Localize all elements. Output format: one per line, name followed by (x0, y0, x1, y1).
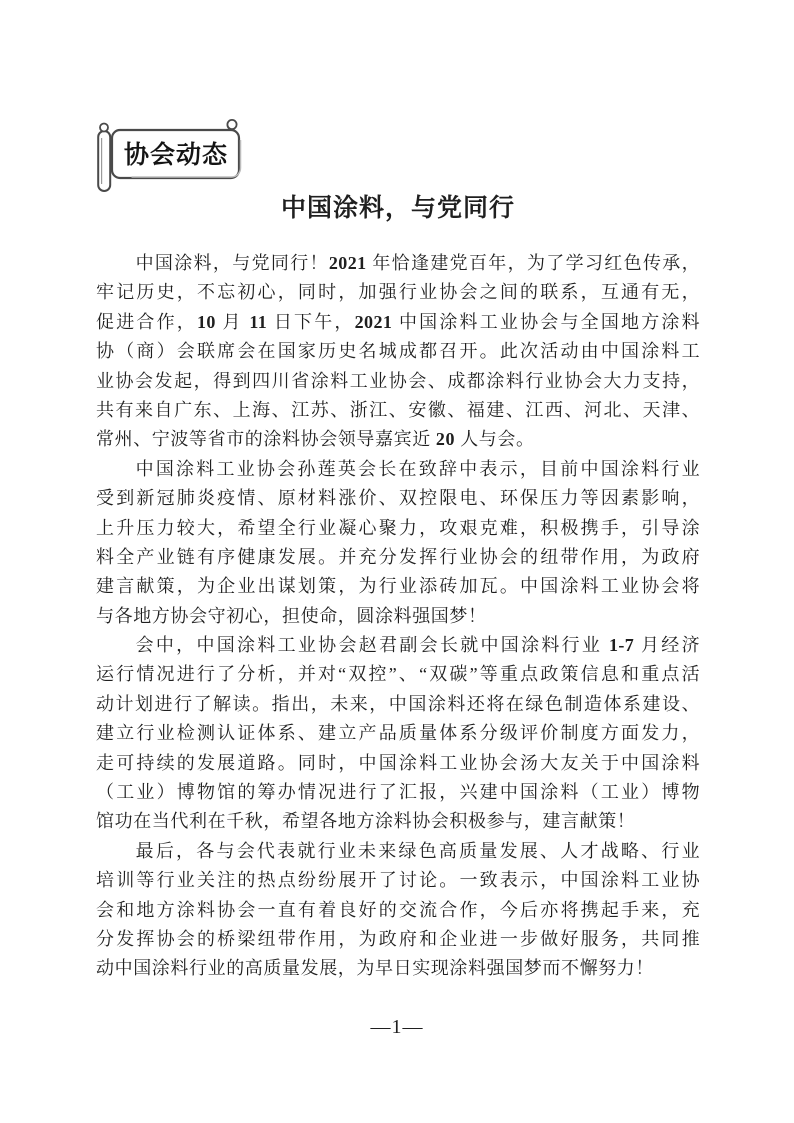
document-page: 协会动态 中国涂料，与党同行 中国涂料，与党同行！2021 年恰逢建党百年，为了… (0, 0, 794, 1123)
paragraph: 中国涂料，与党同行！2021 年恰逢建党百年，为了学习红色传承，牢记历史，不忘初… (96, 249, 700, 455)
text-line: 分发挥协会的桥梁纽带作用，为政府和企业进一步做好服务，共同推 (96, 925, 700, 954)
text-line: 馆功在当代利在千秋，希望各地方涂料协会积极参与，建言献策！ (96, 807, 700, 836)
section-banner: 协会动态 (97, 116, 247, 196)
text-line: 建立行业检测认证体系、建立产品质量体系分级评价制度方面发力， (96, 719, 700, 748)
text-line: 促进合作，10 月 11 日下午，2021 中国涂料工业协会与全国地方涂料 (96, 308, 700, 337)
paragraph: 最后，各与会代表就行业未来绿色高质量发展、人才战略、行业培训等行业关注的热点纷纷… (96, 837, 700, 984)
text-line: 中国涂料工业协会孙莲英会长在致辞中表示，目前中国涂料行业 (96, 455, 700, 484)
text-line: 受到新冠肺炎疫情、原材料涨价、双控限电、环保压力等因素影响， (96, 484, 700, 513)
article-body: 中国涂料，与党同行！2021 年恰逢建党百年，为了学习红色传承，牢记历史，不忘初… (96, 249, 700, 984)
text-line: 常州、宁波等省市的涂料协会领导嘉宾近 20 人与会。 (96, 425, 700, 454)
text-line: 运行情况进行了分析，并对“双控”、“双碳”等重点政策信息和重点活 (96, 660, 700, 689)
text-line: 共有来自广东、上海、江苏、浙江、安徽、福建、江西、河北、天津、 (96, 396, 700, 425)
text-line: 业协会发起，得到四川省涂料工业协会、成都涂料行业协会大力支持， (96, 367, 700, 396)
text-line: 动中国涂料行业的高质量发展，为早日实现涂料强国梦而不懈努力！ (96, 954, 700, 983)
text-line: 动计划进行了解读。指出，未来，中国涂料还将在绿色制造体系建设、 (96, 690, 700, 719)
text-line: （工业）博物馆的筹办情况进行了汇报，兴建中国涂料（工业）博物 (96, 778, 700, 807)
text-line: 最后，各与会代表就行业未来绿色高质量发展、人才战略、行业 (96, 837, 700, 866)
banner-label: 协会动态 (114, 135, 238, 171)
text-line: 会和地方涂料协会一直有着良好的交流合作，今后亦将携起手来，充 (96, 896, 700, 925)
page-number: —1— (0, 1014, 794, 1040)
text-line: 协（商）会联席会在国家历史名城成都召开。此次活动由中国涂料工 (96, 337, 700, 366)
paragraph: 中国涂料工业协会孙莲英会长在致辞中表示，目前中国涂料行业受到新冠肺炎疫情、原材料… (96, 455, 700, 631)
text-line: 培训等行业关注的热点纷纷展开了讨论。一致表示，中国涂料工业协 (96, 866, 700, 895)
text-line: 上升压力较大，希望全行业凝心聚力，攻艰克难，积极携手，引导涂 (96, 514, 700, 543)
text-line: 走可持续的发展道路。同时，中国涂料工业协会汤大友关于中国涂料 (96, 749, 700, 778)
paragraph: 会中，中国涂料工业协会赵君副会长就中国涂料行业 1-7 月经济运行情况进行了分析… (96, 631, 700, 837)
text-line: 与各地方协会守初心，担使命，圆涂料强国梦！ (96, 602, 700, 631)
text-line: 建言献策，为企业出谋划策，为行业添砖加瓦。中国涂料工业协会将 (96, 572, 700, 601)
article-title: 中国涂料，与党同行 (96, 192, 700, 226)
text-line: 会中，中国涂料工业协会赵君副会长就中国涂料行业 1-7 月经济 (96, 631, 700, 660)
text-line: 牢记历史，不忘初心，同时，加强行业协会之间的联系，互通有无， (96, 278, 700, 307)
text-line: 料全产业链有序健康发展。并充分发挥行业协会的纽带作用，为政府 (96, 543, 700, 572)
text-line: 中国涂料，与党同行！2021 年恰逢建党百年，为了学习红色传承， (96, 249, 700, 278)
